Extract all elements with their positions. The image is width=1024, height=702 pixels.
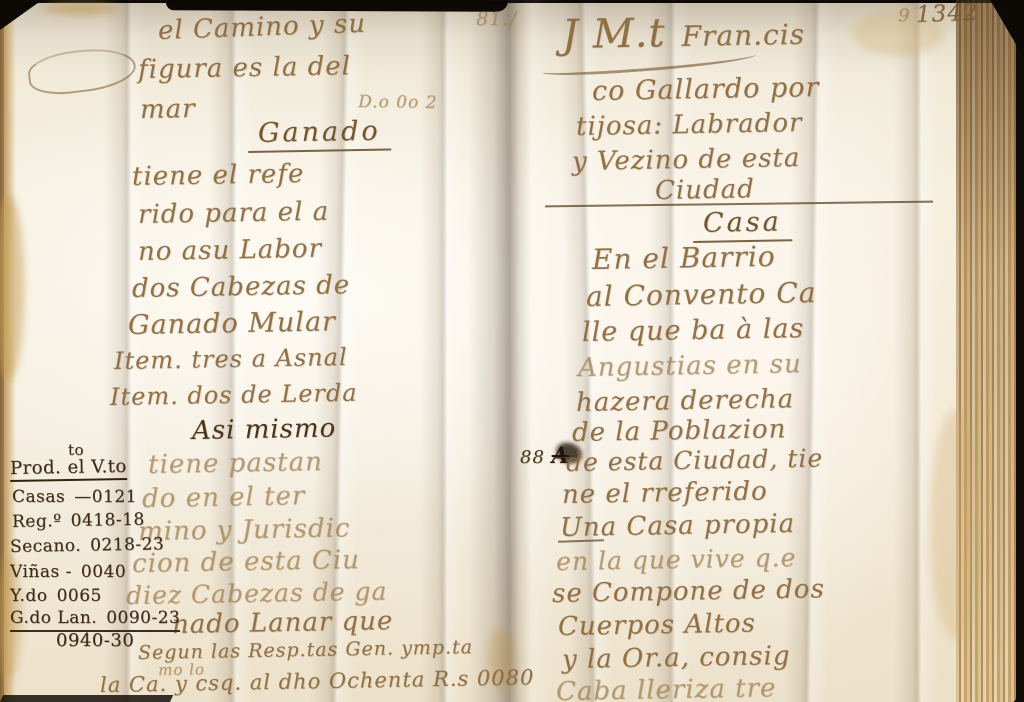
manuscript-side-note: D.o 0o 2 [358,92,438,113]
section-heading-casa: Casa [693,206,792,243]
entry-value: 0418-18 [70,510,144,531]
manuscript-line: no asu Labor [138,234,323,267]
manuscript-line: nado Lanar que [172,606,394,640]
fold-crease [894,3,938,702]
entry-label: G.do Lan. [10,608,97,628]
manuscript-line: En el Barrio [592,240,776,276]
margin-account-entry: Y.do 0065 [10,586,102,606]
folio-number-large: 1342 [916,0,979,28]
entry-value: 0040 [81,562,126,582]
entry-value: 0090-23 [106,608,180,628]
entry-label: Secano. [10,536,81,557]
manuscript-line: y Vezino de esta [572,143,801,177]
entry-label: Reg.º [12,511,62,532]
margin-account-title-text: Prod. el V.to [10,456,127,482]
margin-account-entry: Reg.º 0418-18 [12,510,145,532]
manuscript-line: ne el rreferido [562,476,768,510]
manuscript-line: cion de esta Ciu [132,545,360,579]
manuscript-line: Item. tres a Asnal [114,343,348,375]
entry-value: —0121 [74,487,137,507]
manuscript-line: Angustias en su [578,349,802,383]
scan-background-edge [0,0,1024,3]
section-heading-ganado: Ganado [248,116,391,153]
entry-value: 0218-23 [90,534,164,555]
manuscript-line: do en el ter [142,481,306,514]
manuscript-line: se Compone de dos [552,574,825,609]
manuscript-line: Una Casa propia [560,509,796,543]
manuscript-line: tiene pastan [148,447,323,480]
manuscript-line: tiene el refe [132,159,305,192]
manuscript-line: co Gallardo por [592,72,820,107]
manuscript-line: mino y Jurisdic [138,513,351,547]
manuscript-line: dos Cabezas de [132,270,351,304]
monogram: J M.t [562,10,666,58]
manuscript-line: figura es la del [138,51,351,85]
margin-account-title: Prod. el V.to [10,456,127,479]
manuscript-line: tijosa: Labrador [576,108,803,142]
manuscript-line: diez Cabezas de ga [126,576,388,610]
manuscript-line: al Convento Ca [586,276,817,313]
manuscript-line: y la Or.a, consig [562,641,791,675]
manuscript-line: hazera derecha [576,384,795,418]
monogram-line: J M.tFran.cis [562,8,806,58]
manuscript-line: rido para el a [138,197,330,230]
manuscript-line: Cuerpos Altos [558,609,756,642]
manuscript-line: en la que vive q.e [556,543,797,576]
margin-account-entry: G.do Lan. 0090-23 [10,608,180,632]
manuscript-line: lle que ba à las [582,313,805,348]
manuscript-line: Asi mismo [192,413,337,446]
manuscript-line: de la Poblazion [572,414,787,448]
page-number: 9 [898,5,910,26]
margin-account-entry: Viñas - 0040 [10,562,126,582]
manuscript-line: de esta Ciudad, tie [566,444,824,477]
manuscript-line: Item. dos de Lerda [110,379,358,411]
manuscript-line: Caba lleriza tre [556,673,777,702]
folio-number-small: 81./ [476,8,517,30]
margin-account-total: 0940-30 [56,630,134,651]
manuscript-line: Ganado Mular [128,306,336,341]
entry-label: Viñas - [10,562,72,582]
page-stack-edge [956,0,1016,702]
entry-label: Y.do [10,586,48,606]
margin-folio-mark: 88 A [520,443,570,469]
margin-account-entry: Casas —0121 [12,487,137,507]
margin-mark-number: 88 [520,447,545,468]
monogram-rest: Fran.cis [681,18,805,53]
manuscript-line: mar [140,94,196,125]
manuscript-line: Ciudad [655,174,755,206]
entry-value: 0065 [57,586,102,606]
entry-label: Casas [12,487,65,507]
manuscript-scan: el Camino y su figura es la del mar D.o … [0,0,1024,702]
margin-account-entry: Secano. 0218-23 [10,534,165,557]
